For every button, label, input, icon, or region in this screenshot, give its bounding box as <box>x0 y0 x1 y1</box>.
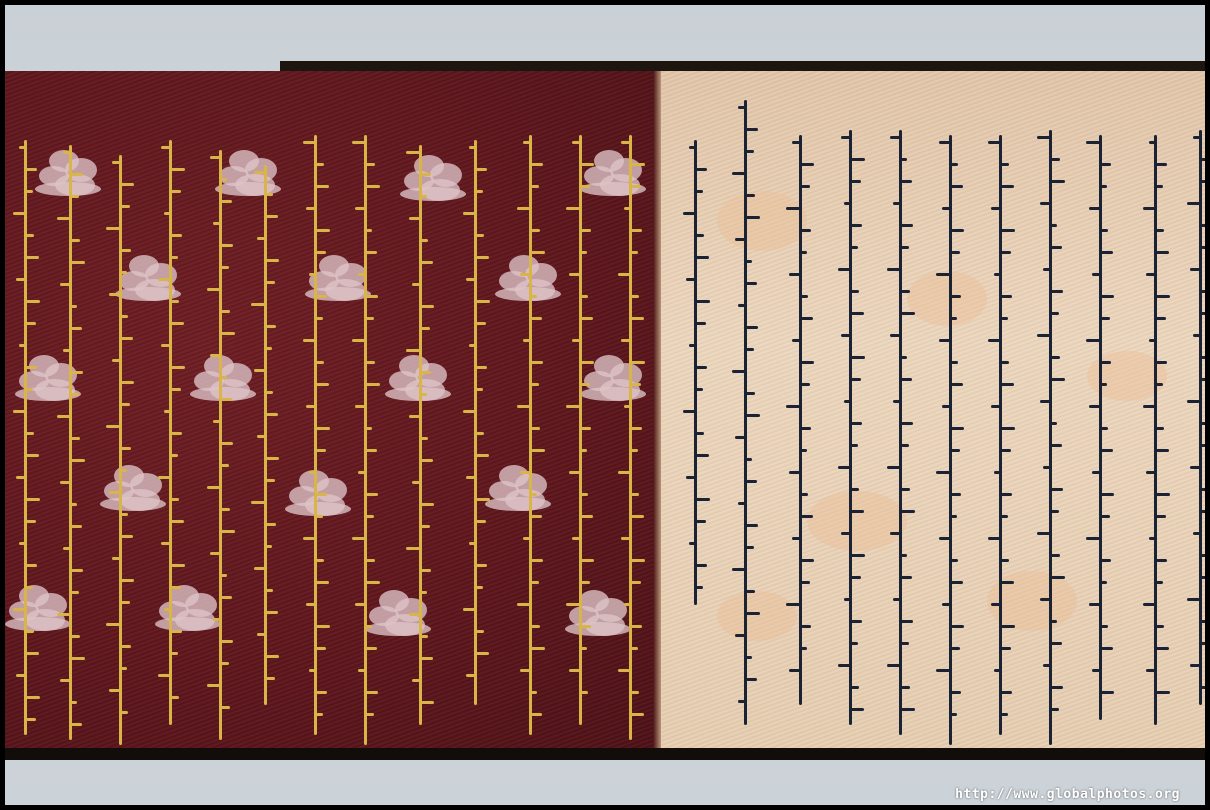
gold-script-column <box>575 135 585 725</box>
gold-script-column <box>260 165 270 705</box>
gold-script-column <box>625 135 635 740</box>
faint-cloud-motif <box>807 491 907 551</box>
gold-script-column <box>115 155 125 745</box>
panel-seam <box>653 71 661 749</box>
gold-script-column <box>165 140 175 725</box>
gold-script-column <box>470 140 480 705</box>
gold-script-column <box>525 135 535 735</box>
ink-script-column <box>1195 130 1205 705</box>
faint-cloud-motif <box>717 591 797 641</box>
photograph <box>5 5 1205 805</box>
gold-script-column <box>20 140 30 735</box>
cloud-motif <box>580 150 650 202</box>
cloud-motif <box>400 155 470 207</box>
scroll-top-border <box>280 61 1205 71</box>
ink-script-column <box>845 130 855 725</box>
scroll-bottom-border <box>5 748 1205 760</box>
ink-script-column <box>740 100 750 725</box>
ink-script-column <box>895 130 905 735</box>
faint-cloud-motif <box>717 191 807 251</box>
ink-script-column <box>1045 130 1055 745</box>
ink-script-column <box>1095 135 1105 720</box>
gold-script-column <box>310 135 320 735</box>
gold-script-column <box>415 145 425 725</box>
gold-script-column <box>65 145 75 740</box>
ink-script-column <box>1150 135 1160 725</box>
ink-script-column <box>945 135 955 745</box>
ink-script-column <box>690 140 700 605</box>
ink-script-column <box>995 135 1005 735</box>
gold-script-column <box>360 135 370 745</box>
watermark-text: http://www.globalphotos.org <box>955 787 1180 802</box>
cloud-motif <box>215 150 285 202</box>
gold-script-column <box>215 150 225 740</box>
ink-script-column <box>795 135 805 705</box>
